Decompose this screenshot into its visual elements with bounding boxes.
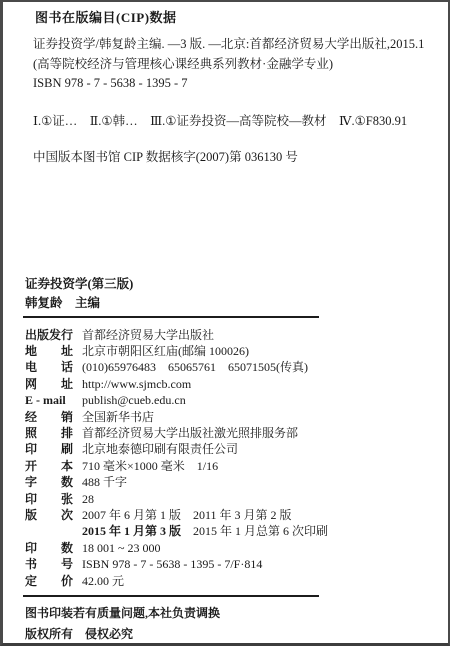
colophon-row-label: 印 张: [25, 491, 82, 507]
colophon-row-label: 照 排: [25, 425, 82, 441]
book-copyright-page: 图书在版编目(CIP)数据 证券投资学/韩复龄主编. —3 版. —北京:首都经…: [0, 0, 450, 646]
colophon-row: 印 张28: [25, 491, 434, 507]
colophon-row: 2015 年 1 月第 3 版 2015 年 1 月总第 6 次印刷: [25, 523, 434, 539]
colophon-row-value: 710 毫米×1000 毫米 1/16: [82, 458, 434, 474]
colophon-row: 照 排首都经济贸易大学出版社激光照排服务部: [25, 425, 434, 441]
colophon-row-label: 开 本: [25, 458, 82, 474]
colophon-row-value: 488 千字: [82, 474, 434, 490]
colophon-row-label: 地 址: [25, 343, 82, 359]
quality-note: 图书印装若有质量问题,本社负责调换: [25, 606, 434, 621]
colophon-row-value: 28: [82, 491, 434, 507]
colophon-row-value: 2007 年 6 月第 1 版 2011 年 3 月第 2 版: [82, 507, 434, 523]
divider-top: [23, 316, 319, 318]
colophon-row: 经 销全国新华书店: [25, 409, 434, 425]
colophon-row: 印 刷北京地泰德印刷有限责任公司: [25, 441, 434, 457]
cip-description-line: (高等院校经济与管理核心课经典系列教材·金融学专业): [33, 55, 434, 75]
cip-record-number: 中国版本图书馆 CIP 数据核字(2007)第 036130 号: [33, 150, 434, 165]
colophon-row-label: 版 次: [25, 507, 82, 523]
cip-description-line: 证券投资学/韩复龄主编. —3 版. —北京:首都经济贸易大学出版社,2015.…: [33, 35, 434, 55]
colophon-row: 网 址http://www.sjmcb.com: [25, 376, 434, 392]
colophon-row-value: http://www.sjmcb.com: [82, 376, 434, 392]
colophon-row: 地 址北京市朝阳区红庙(邮编 100026): [25, 343, 434, 359]
colophon-row-value: 18 001 ~ 23 000: [82, 540, 434, 556]
book-title: 证券投资学(第三版): [25, 277, 434, 292]
colophon-row-value: publish@cueb.edu.cn: [82, 392, 434, 408]
colophon-row: 定 价42.00 元: [25, 573, 434, 589]
colophon-row-label: 书 号: [25, 556, 82, 572]
colophon-row: 版 次2007 年 6 月第 1 版 2011 年 3 月第 2 版: [25, 507, 434, 523]
cip-description: 证券投资学/韩复龄主编. —3 版. —北京:首都经济贸易大学出版社,2015.…: [33, 35, 434, 94]
cip-classification: Ⅰ.①证… Ⅱ.①韩… Ⅲ.①证券投资—高等院校—教材 Ⅳ.①F830.91: [33, 114, 434, 129]
publication-info: 出版发行首都经济贸易大学出版社地 址北京市朝阳区红庙(邮编 100026)电 话…: [25, 327, 434, 590]
colophon-row: 电 话(010)65976483 65065761 65071505(传真): [25, 359, 434, 375]
colophon-row-value: 2015 年 1 月第 3 版 2015 年 1 月总第 6 次印刷: [82, 523, 434, 539]
colophon-row-label: [25, 523, 82, 539]
colophon-row-value: ISBN 978 - 7 - 5638 - 1395 - 7/F·814: [82, 556, 434, 572]
colophon-row-value: 北京地泰德印刷有限责任公司: [82, 441, 434, 457]
colophon-row-value: 42.00 元: [82, 573, 434, 589]
colophon-row-label: 印 刷: [25, 441, 82, 457]
colophon-row-label: 印 数: [25, 540, 82, 556]
colophon-row: E - mailpublish@cueb.edu.cn: [25, 392, 434, 408]
colophon-row-value: 北京市朝阳区红庙(邮编 100026): [82, 343, 434, 359]
colophon-row-label: 电 话: [25, 359, 82, 375]
colophon-row-value: 全国新华书店: [82, 409, 434, 425]
colophon-row-label: E - mail: [25, 392, 82, 408]
colophon-row: 开 本710 毫米×1000 毫米 1/16: [25, 458, 434, 474]
cip-description-line: ISBN 978 - 7 - 5638 - 1395 - 7: [33, 74, 434, 94]
colophon-row-label: 字 数: [25, 474, 82, 490]
colophon-section: 证券投资学(第三版) 韩复龄 主编 出版发行首都经济贸易大学出版社地 址北京市朝…: [3, 277, 448, 643]
colophon-row-value: 首都经济贸易大学出版社激光照排服务部: [82, 425, 434, 441]
colophon-row-value: (010)65976483 65065761 65071505(传真): [82, 359, 434, 375]
colophon-row: 印 数18 001 ~ 23 000: [25, 540, 434, 556]
colophon-row-value: 首都经济贸易大学出版社: [82, 327, 434, 343]
colophon-row: 出版发行首都经济贸易大学出版社: [25, 327, 434, 343]
cip-heading: 图书在版编目(CIP)数据: [35, 10, 434, 26]
cip-section: 图书在版编目(CIP)数据 证券投资学/韩复龄主编. —3 版. —北京:首都经…: [3, 2, 448, 165]
colophon-row-label: 经 销: [25, 409, 82, 425]
colophon-row-label: 出版发行: [25, 327, 82, 343]
colophon-row: 字 数488 千字: [25, 474, 434, 490]
divider-bottom: [23, 595, 319, 597]
copyright-note: 版权所有 侵权必究: [25, 627, 434, 642]
book-editor: 韩复龄 主编: [25, 296, 434, 311]
colophon-row: 书 号ISBN 978 - 7 - 5638 - 1395 - 7/F·814: [25, 556, 434, 572]
colophon-row-label: 网 址: [25, 376, 82, 392]
colophon-row-label: 定 价: [25, 573, 82, 589]
